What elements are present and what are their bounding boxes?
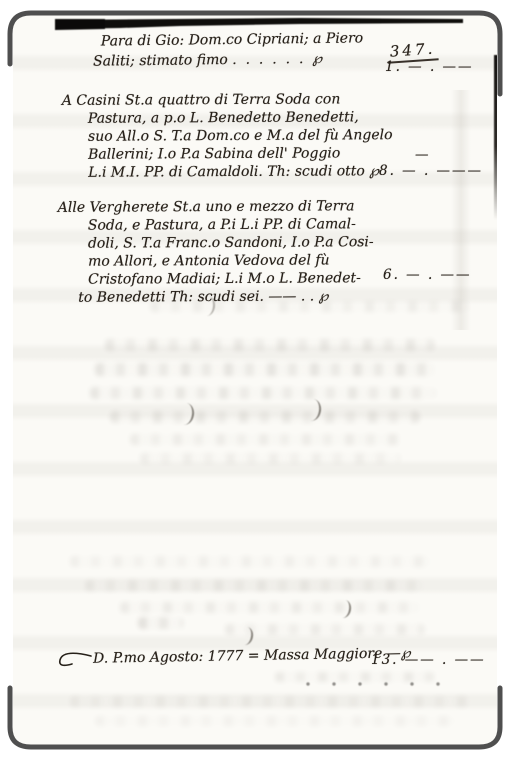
scanned-ledger-page: 347. Para di Gio: Dom.co Cipriani; a Pie… (0, 0, 510, 760)
photo-frame-border (0, 0, 510, 760)
